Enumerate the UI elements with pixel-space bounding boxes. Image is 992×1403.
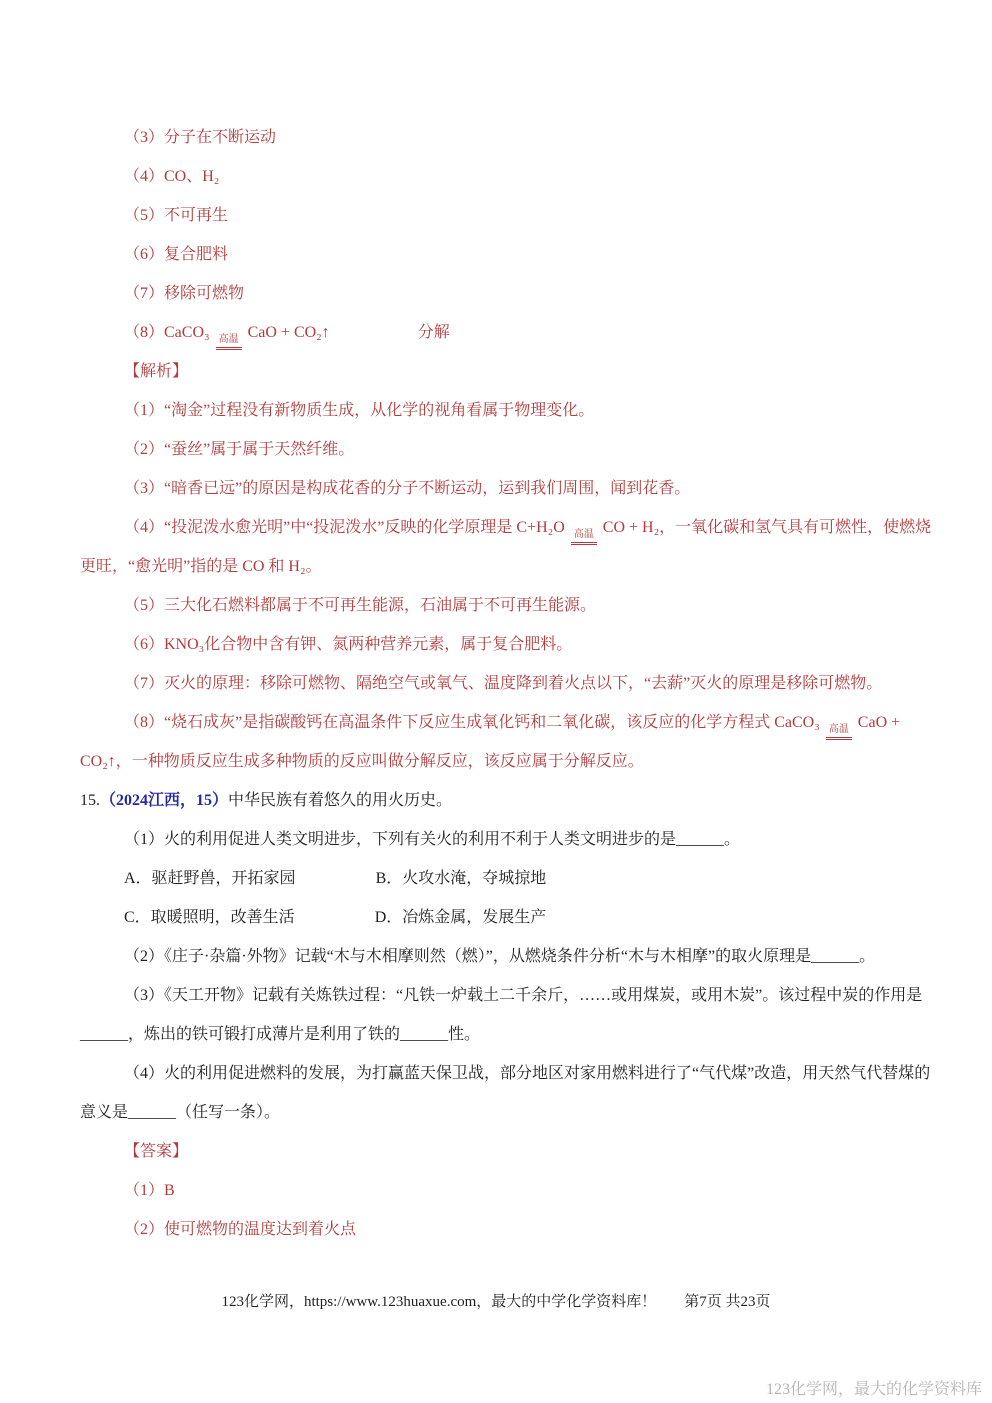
reaction-condition-label: 高温	[571, 530, 597, 545]
daan-line-2: （2）使可燃物的温度达到着火点	[80, 1210, 936, 1249]
column-spacer	[295, 921, 375, 922]
question-15-part-3: （3）《天工开物》记载有关炼铁过程：“凡铁一炉载土二千余斤，……或用煤炭，或用木…	[80, 976, 936, 1054]
text-segment: B．火攻水淹，夺城掠地	[376, 870, 547, 887]
answer-line-6: （6）复合肥料	[80, 235, 936, 274]
footer-site-info: 123化学网，https://www.123huaxue.com，最大的中学化学…	[221, 1294, 656, 1310]
reaction-condition-label: 高温	[216, 335, 242, 350]
column-spacer	[296, 882, 376, 883]
question-15-part-4: （4）火的利用促进燃料的发展，为打赢蓝天保卫战，部分地区对家用燃料进行了“气代煤…	[80, 1054, 936, 1132]
exam-document-content: （3）分子在不断运动（4）CO、H₂（5）不可再生（6）复合肥料（7）移除可燃物…	[80, 118, 936, 1249]
answer-line-5: （5）不可再生	[80, 196, 936, 235]
text-segment: 中华民族有着悠久的用火历史。	[228, 792, 452, 809]
text-segment: 【解析】	[124, 363, 188, 380]
jiexi-line-3: （3）“暗香已远”的原因是构成花香的分子不断运动，运到我们周围，闻到花香。	[80, 469, 936, 508]
reaction-condition-mark: 高温	[571, 530, 597, 545]
text-segment: （3）“暗香已远”的原因是构成花香的分子不断运动，运到我们周围，闻到花香。	[124, 480, 690, 497]
answer-line-4: （4）CO、H₂	[80, 157, 936, 196]
answer-line-8: （8）CaCO₃高温CaO + CO₂↑分解	[80, 313, 936, 352]
text-segment: 【答案】	[124, 1143, 188, 1160]
question-15-options-cd: C．取暖照明，改善生活D．冶炼金属，发展生产	[80, 898, 936, 937]
footer-page-number: 第7页 共23页	[684, 1294, 770, 1310]
daan-heading: 【答案】	[80, 1132, 936, 1171]
text-segment: （2）使可燃物的温度达到着火点	[124, 1221, 356, 1238]
text-segment: （6）复合肥料	[124, 246, 228, 263]
answer-line-3: （3）分子在不断运动	[80, 118, 936, 157]
jiexi-line-2: （2）“蚕丝”属于属于天然纤维。	[80, 430, 936, 469]
text-segment: （7）移除可燃物	[124, 285, 244, 302]
jiexi-heading: 【解析】	[80, 352, 936, 391]
question-15-part-1: （1）火的利用促进人类文明进步，下列有关火的利用不利于人类文明进步的是_____…	[80, 820, 936, 859]
text-segment: （1）火的利用促进人类文明进步，下列有关火的利用不利于人类文明进步的是_____…	[124, 831, 740, 848]
question-15-part-2: （2）《庄子·杂篇·外物》记载“木与木相摩则然（燃）”，从燃烧条件分析“木与木相…	[80, 937, 936, 976]
text-segment: （3）分子在不断运动	[124, 129, 276, 146]
watermark-text: 123化学网，最大的化学资料库	[766, 1376, 982, 1399]
reaction-condition-mark: 高温	[216, 335, 242, 350]
text-segment: （2024江西，15）	[100, 792, 228, 809]
text-segment: （1）“淘金”过程没有新物质生成，从化学的视角看属于物理变化。	[124, 402, 594, 419]
text-segment: （4）火的利用促进燃料的发展，为打赢蓝天保卫战，部分地区对家用燃料进行了“气代煤…	[80, 1065, 930, 1121]
text-segment: （4）CO、H₂	[124, 168, 219, 185]
text-segment: （6）KNO₃化合物中含有钾、氮两种营养元素，属于复合肥料。	[124, 636, 572, 653]
text-segment: （2）“蚕丝”属于属于天然纤维。	[124, 441, 354, 458]
reaction-condition-label: 高温	[826, 725, 852, 740]
text-segment: （3）《天工开物》记载有关炼铁过程：“凡铁一炉载土二千余斤，……或用煤炭，或用木…	[80, 987, 922, 1043]
column-spacer	[330, 336, 418, 337]
text-segment: （5）三大化石燃料都属于不可再生能源，石油属于不可再生能源。	[124, 597, 596, 614]
text-segment: A．驱赶野兽，开拓家园	[124, 870, 296, 887]
jiexi-line-7: （7）灭火的原理：移除可燃物、隔绝空气或氧气、温度降到着火点以下，“去薪”灭火的…	[80, 664, 936, 703]
jiexi-line-6: （6）KNO₃化合物中含有钾、氮两种营养元素，属于复合肥料。	[80, 625, 936, 664]
text-segment: （5）不可再生	[124, 207, 228, 224]
jiexi-line-1: （1）“淘金”过程没有新物质生成，从化学的视角看属于物理变化。	[80, 391, 936, 430]
page-footer: 123化学网，https://www.123huaxue.com，最大的中学化学…	[0, 1290, 992, 1311]
text-segment: （1）B	[124, 1182, 175, 1199]
text-segment: （8）CaCO₃	[124, 324, 210, 341]
jiexi-line-4: （4）“投泥泼水愈光明”中“投泥泼水”反映的化学原理是 C+H₂O高温CO + …	[80, 508, 936, 586]
text-segment: 分解	[418, 324, 450, 341]
jiexi-line-8: （8）“烧石成灰”是指碳酸钙在高温条件下反应生成氧化钙和二氧化碳，该反应的化学方…	[80, 703, 936, 781]
reaction-condition-mark: 高温	[826, 725, 852, 740]
text-segment: C．取暖照明，改善生活	[124, 909, 295, 926]
text-segment: CaO + CO₂↑	[248, 324, 330, 341]
text-segment: （7）灭火的原理：移除可燃物、隔绝空气或氧气、温度降到着火点以下，“去薪”灭火的…	[124, 675, 882, 692]
text-segment: （8）“烧石成灰”是指碳酸钙在高温条件下反应生成氧化钙和二氧化碳，该反应的化学方…	[124, 714, 820, 731]
jiexi-line-5: （5）三大化石燃料都属于不可再生能源，石油属于不可再生能源。	[80, 586, 936, 625]
text-segment: （4）“投泥泼水愈光明”中“投泥泼水”反映的化学原理是 C+H₂O	[124, 519, 565, 536]
text-segment: D．冶炼金属，发展生产	[375, 909, 547, 926]
text-segment: 15.	[80, 792, 100, 809]
question-15-stem: 15.（2024江西，15）中华民族有着悠久的用火历史。	[80, 781, 936, 820]
answer-line-7: （7）移除可燃物	[80, 274, 936, 313]
question-15-options-ab: A．驱赶野兽，开拓家园B．火攻水淹，夺城掠地	[80, 859, 936, 898]
text-segment: （2）《庄子·杂篇·外物》记载“木与木相摩则然（燃）”，从燃烧条件分析“木与木相…	[124, 948, 875, 965]
daan-line-1: （1）B	[80, 1171, 936, 1210]
